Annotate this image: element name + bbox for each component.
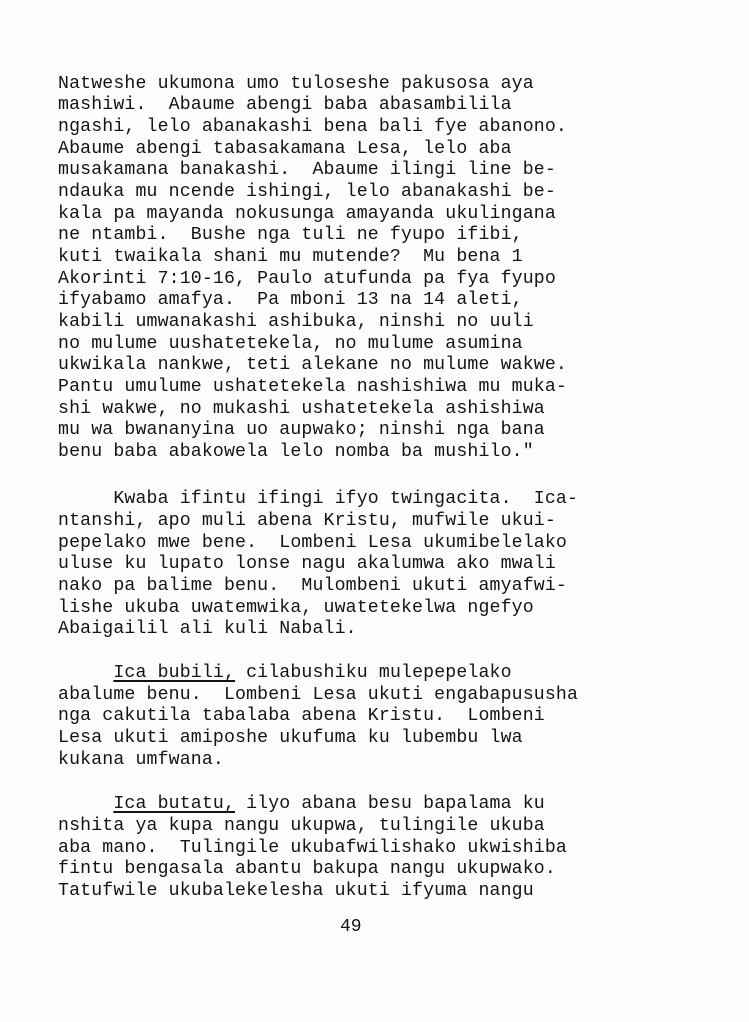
text-line: shi wakwe, no mukashi ushatetekela ashis… — [58, 399, 545, 421]
underlined-heading: Ica bubili, — [113, 663, 235, 683]
text-span: cilabushiku mulepepelako — [235, 663, 512, 683]
text-line: mashiwi. Abaume abengi baba abasambilila — [58, 95, 512, 117]
text-line: ntanshi, apo muli abena Kristu, mufwile … — [58, 511, 556, 533]
text-line: kabili umwanakashi ashibuka, ninshi no u… — [58, 312, 534, 334]
text-line: ngashi, lelo abanakashi bena bali fye ab… — [58, 117, 567, 139]
text-line: Ica butatu, ilyo abana besu bapalama ku — [58, 794, 545, 816]
text-line: nako pa balime benu. Mulombeni ukuti amy… — [58, 576, 567, 598]
text-line: Kwaba ifintu ifingi ifyo twingacita. Ica… — [58, 489, 578, 511]
text-line: kala pa mayanda nokusunga amayanda ukuli… — [58, 204, 556, 226]
text-line: kukana umfwana. — [58, 750, 224, 772]
text-line: Lesa ukuti amiposhe ukufuma ku lubembu l… — [58, 728, 523, 750]
document-page: Natweshe ukumona umo tuloseshe pakusosa … — [0, 0, 749, 1022]
text-line: Ica bubili, cilabushiku mulepepelako — [58, 663, 512, 685]
text-line: lishe ukuba uwatemwika, uwatetekelwa nge… — [58, 598, 534, 620]
underlined-heading: Ica butatu, — [113, 794, 235, 814]
text-line: aba mano. Tulingile ukubafwilishako ukwi… — [58, 838, 567, 860]
text-line: abalume benu. Lombeni Lesa ukuti engabap… — [58, 685, 578, 707]
text-line: Akorinti 7:10-16, Paulo atufunda pa fya … — [58, 269, 556, 291]
text-line: uluse ku lupato lonse nagu akalumwa ako … — [58, 554, 556, 576]
text-line: nshita ya kupa nangu ukupwa, tulingile u… — [58, 816, 545, 838]
text-line: mu wa bwananyina uo aupwako; ninshi nga … — [58, 420, 545, 442]
text-line: ne ntambi. Bushe nga tuli ne fyupo ifibi… — [58, 225, 523, 247]
text-line: ifyabamo amafya. Pa mboni 13 na 14 aleti… — [58, 290, 523, 312]
text-span: ilyo abana besu bapalama ku — [235, 794, 545, 814]
text-line: ukwikala nankwe, teti alekane no mulume … — [58, 355, 567, 377]
text-line: pepelako mwe bene. Lombeni Lesa ukumibel… — [58, 533, 567, 555]
text-line: Tatufwile ukubalekelesha ukuti ifyuma na… — [58, 881, 534, 903]
text-line: Pantu umulume ushatetekela nashishiwa mu… — [58, 377, 567, 399]
text-line: Natweshe ukumona umo tuloseshe pakusosa … — [58, 74, 534, 96]
text-line: Abaigailil ali kuli Nabali. — [58, 619, 357, 641]
text-line: benu baba abakowela lelo nomba ba mushil… — [58, 442, 534, 464]
text-line: Abaume abengi tabasakamana Lesa, lelo ab… — [58, 139, 512, 161]
text-line: ndauka mu ncende ishingi, lelo abanakash… — [58, 182, 556, 204]
text-line: kuti twaikala shani mu mutende? Mu bena … — [58, 247, 523, 269]
text-line: no mulume uushatetekela, no mulume asumi… — [58, 334, 523, 356]
text-line: fintu bengasala abantu bakupa nangu ukup… — [58, 859, 556, 881]
text-line: musakamana banakashi. Abaume ilingi line… — [58, 160, 556, 182]
page-number: 49 — [340, 917, 362, 937]
text-line: nga cakutila tabalaba abena Kristu. Lomb… — [58, 706, 545, 728]
